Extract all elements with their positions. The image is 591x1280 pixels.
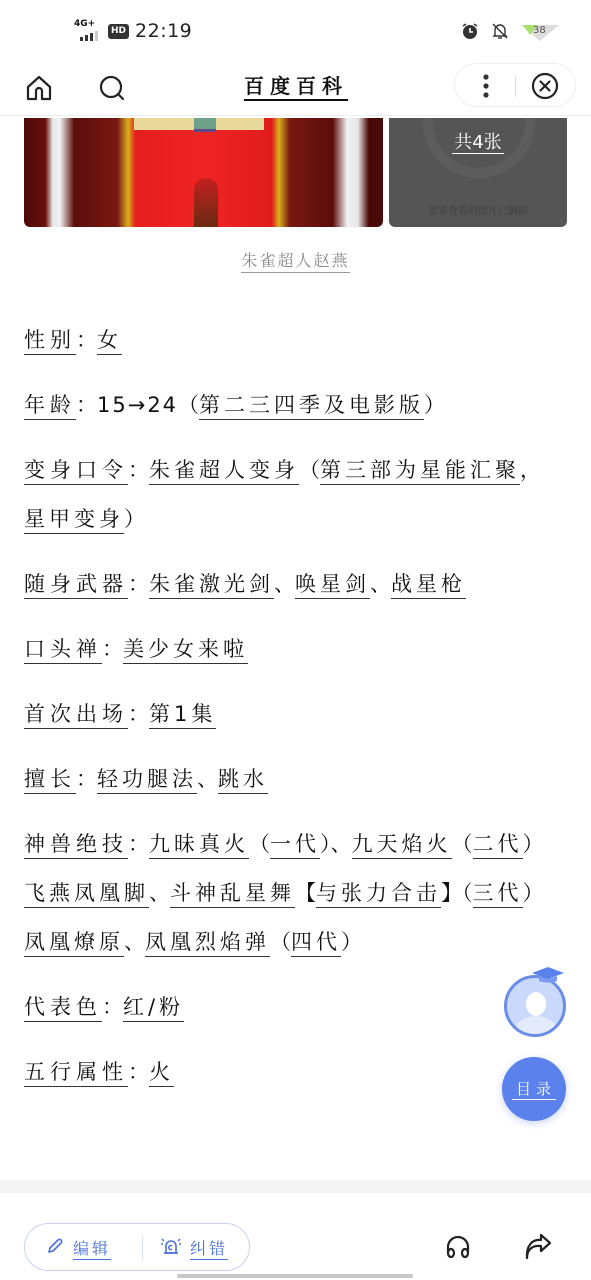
page-title: 百度百科 — [244, 74, 348, 101]
mini-program-capsule — [454, 63, 576, 107]
info-row-transform: 变身口令：朱雀超人变身（第三部为星能汇聚，星甲变身） — [24, 446, 560, 544]
photo-caption: 朱雀超人赵燕 — [0, 248, 591, 271]
headphones-icon[interactable] — [442, 1231, 474, 1263]
info-row-element: 五行属性：火 — [24, 1048, 560, 1097]
report-error-button[interactable]: 纠错 — [160, 1236, 228, 1260]
more-vertical-icon[interactable] — [465, 67, 507, 105]
hd-badge: HD — [108, 24, 129, 39]
section-divider — [0, 1180, 591, 1192]
graduation-cap-icon — [530, 966, 566, 982]
edit-report-pill: 编辑 纠错 — [24, 1223, 250, 1271]
info-row-weapons: 随身武器：朱雀激光剑、唤星剑、战星枪 — [24, 560, 560, 609]
signal-icon: 4G+ — [74, 20, 102, 42]
ai-avatar-button[interactable] — [504, 975, 566, 1037]
info-row-skills: 擅长：轻功腿法、跳水 — [24, 755, 560, 804]
alarm-light-icon — [160, 1236, 182, 1260]
mute-bell-icon — [491, 22, 509, 44]
deleted-notice: 您要查看的图片已删除 — [389, 202, 567, 217]
share-icon[interactable] — [522, 1231, 554, 1263]
info-row-age: 年龄：15→24（第二三四季及电影版） — [24, 381, 560, 430]
info-row-ultimates: 神兽绝技：九昧真火（一代）、九天焰火（二代）飞燕凤凰脚、斗神乱星舞【与张力合击】… — [24, 820, 560, 967]
more-photos-tile[interactable]: 共4张 您要查看的图片已删除 — [389, 118, 567, 227]
character-photo[interactable] — [24, 118, 383, 227]
network-type: 4G+ — [74, 20, 95, 29]
info-row-debut: 首次出场：第1集 — [24, 690, 560, 739]
clock: 22:19 — [135, 20, 192, 42]
character-info: 性别：女 年龄：15→24（第二三四季及电影版） 变身口令：朱雀超人变身（第三部… — [24, 316, 560, 1113]
search-icon[interactable] — [94, 70, 130, 106]
close-circle-icon[interactable] — [527, 68, 563, 104]
photo-count: 共4张 — [452, 132, 503, 154]
battery-level: 38 — [533, 25, 546, 36]
capsule-divider — [515, 75, 516, 97]
edit-button[interactable]: 编辑 — [45, 1236, 111, 1260]
pencil-icon — [45, 1236, 65, 1260]
info-row-color: 代表色：红/粉 — [24, 983, 560, 1032]
info-row-gender: 性别：女 — [24, 316, 560, 365]
info-row-catchphrase: 口头禅：美少女来啦 — [24, 625, 560, 674]
battery-icon: 38 — [521, 25, 559, 41]
alarm-icon — [461, 22, 479, 44]
home-indicator[interactable] — [177, 1274, 413, 1278]
bottom-toolbar: 编辑 纠错 — [0, 1192, 591, 1280]
home-icon[interactable] — [21, 70, 57, 106]
pill-divider — [142, 1236, 143, 1260]
table-of-contents-button[interactable]: 目录 — [502, 1057, 566, 1121]
status-bar: 4G+ HD 22:19 38 — [0, 0, 591, 60]
